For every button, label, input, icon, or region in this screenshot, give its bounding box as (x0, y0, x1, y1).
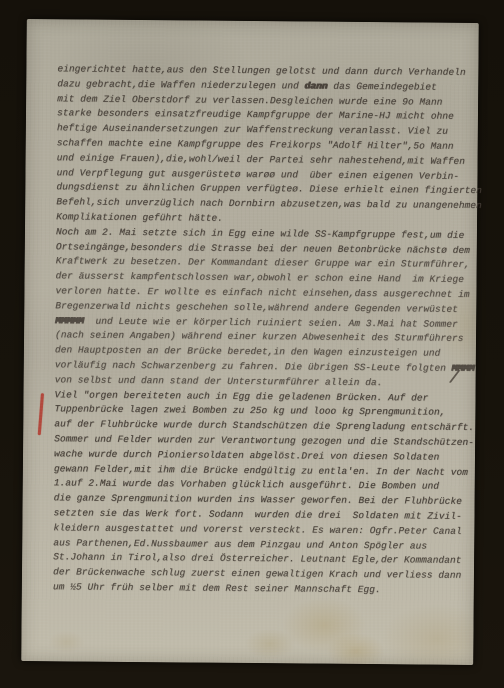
text-segment: gewann Felder,mit ihm die Brücke endgült… (54, 463, 468, 478)
text-segment: heftige Auseinandersetzungen zur Waffens… (57, 122, 448, 136)
text-segment: Ortseingänge,besonders die Strasse bei d… (56, 241, 470, 256)
text-segment: setzten sie das Werk fort. Sodann wurden… (53, 507, 461, 522)
text-segment: und Leute wie er körperlich ruiniert sei… (84, 315, 458, 329)
overstruck-text: MMMMM (55, 315, 84, 326)
text-segment: Viel "orgen bereiteten auch in Egg die g… (54, 389, 428, 403)
text-segment: dungsdienst zu ähnlichen Gruppen verfügt… (56, 182, 482, 197)
text-segment: kleidern ausgestattet und vorerst verste… (53, 522, 461, 537)
text-segment: von selbst und dann stand der Untersturm… (55, 374, 383, 388)
text-segment: mit dem Ziel Oberstdorf zu verlassen.Des… (57, 93, 442, 107)
overstruck-text: dann (304, 80, 327, 91)
text-segment: 1.auf 2.Mai wurde das Vorhaben glücklich… (54, 478, 439, 492)
text-segment: Befehl,sich unverzüglich nach Dornbirn a… (56, 196, 482, 211)
text-segment: Tuppenbrücke lagen zwei Bomben zu 25o kg… (54, 404, 445, 418)
text-segment: wache wurde durch Pioniersoldaten abgelö… (54, 448, 439, 462)
text-segment: Bregenzerwald nichts geschehen solle,wäh… (55, 300, 458, 315)
text-segment: und Verpflegung gut ausgerüstetø warøø u… (56, 167, 459, 182)
text-segment: (nach seinen Angaben) während einer kurz… (55, 330, 463, 345)
text-segment: das Gemeindegebiet (328, 80, 437, 92)
scan-background: eingerichtet hatte,aus den Stellungen ge… (0, 0, 504, 688)
text-segment: auf der Fluhbrücke wurde durch Standschü… (54, 418, 474, 433)
text-segment: um ½5 Uhr früh selber mit dem Rest seine… (53, 581, 381, 595)
text-segment: Komplikationen geführt hätte. (56, 211, 223, 223)
text-segment: eingerichtet hatte,aus den Stellungen ge… (57, 63, 465, 78)
red-margin-stroke-mark (38, 393, 44, 435)
text-segment: vorläufig nach Schwarzenberg zu fahren. … (55, 359, 452, 373)
text-segment: St.Johann in Tirol,also drei Österreiche… (53, 552, 461, 567)
text-segment: den Hauptposten an der Brücke beredet,in… (55, 344, 440, 358)
text-segment: der äusserst kampfentschlossen war,obwoh… (56, 270, 464, 285)
document-paper: eingerichtet hatte,aus den Stellungen ge… (21, 19, 479, 665)
text-segment: verloren hatte. Er wollte es einfach nic… (55, 285, 469, 300)
text-segment: der Brückenwache schlug zuerst einen gew… (53, 566, 461, 581)
text-segment: Sommer und Felder wurden zur Verantwortu… (54, 433, 474, 448)
text-segment: und einige Frauen),die,wohl/weil der Par… (57, 152, 465, 167)
text-line: um ½5 Uhr früh selber mit dem Rest seine… (53, 580, 473, 598)
text-segment: aus Parthenen,Ed.Nussbaumer aus dem Pinz… (53, 537, 427, 551)
text-segment: starke besonders einsatzfreudige Kampfgr… (57, 108, 454, 122)
typewritten-text: eingerichtet hatte,aus den Stellungen ge… (53, 62, 478, 598)
text-segment: die ganze Sprengmunition wurden ins Wass… (54, 492, 462, 507)
text-segment: Noch am 2. Mai setzte sich in Egg eine w… (56, 226, 464, 241)
text-segment: schaffen machte eine Kampfgruppe des Fre… (57, 137, 454, 151)
text-segment: Kraftwerk zu besetzen. Der Kommandant di… (56, 256, 470, 271)
text-segment: dazu gebracht,die Waffen niederzulegen u… (57, 78, 304, 91)
